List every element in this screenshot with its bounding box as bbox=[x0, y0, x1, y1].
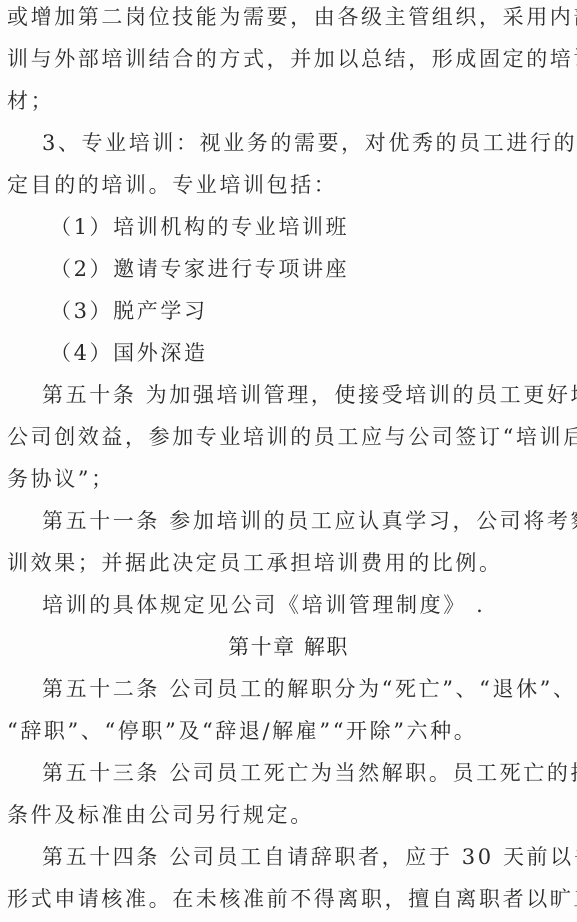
article-52-paragraph: 第五十二条 公司员工的解职分为“死亡”、“退休”、 bbox=[42, 677, 577, 701]
body-line-11: 公司创效益，参加专业培训的员工应与公司签订“培训后服 bbox=[7, 425, 577, 449]
list-item: （4）国外深造 bbox=[50, 341, 208, 365]
training-rules-reference: 培训的具体规定见公司《培训管理制度》 . bbox=[42, 593, 485, 617]
body-line-14: 训效果；并据此决定员工承担培训费用的比例。 bbox=[7, 551, 503, 575]
list-item: （3）脱产学习 bbox=[50, 299, 208, 323]
list-item: （2）邀请专家进行专项讲座 bbox=[50, 257, 349, 281]
article-51-paragraph: 第五十一条 参加培训的员工应认真学习，公司将考察培 bbox=[42, 509, 577, 533]
body-line-20: 条件及标准由公司另行规定。 bbox=[7, 803, 314, 827]
professional-training-paragraph: 3、专业培训：视业务的需要，对优秀的员工进行的特 bbox=[42, 131, 577, 155]
body-line-18: “辞职”、“停职”及“辞退/解雇”“开除”六种。 bbox=[7, 719, 477, 743]
body-line-12: 务协议”； bbox=[7, 467, 115, 491]
chapter-heading: 第十章 解职 bbox=[0, 635, 577, 659]
document-page: 或增加第二岗位技能为需要，由各级主管组织，采用内部培 训与外部培训结合的方式，并… bbox=[0, 0, 577, 922]
article-53-paragraph: 第五十三条 公司员工死亡为当然解职。员工死亡的抚恤 bbox=[42, 761, 577, 785]
body-line-3: 材； bbox=[7, 89, 54, 113]
body-line-5: 定目的的培训。专业培训包括： bbox=[7, 173, 337, 197]
article-54-paragraph: 第五十四条 公司员工自请辞职者，应于 30 天前以书面 bbox=[42, 845, 577, 869]
body-line-22: 形式申请核准。在未核准前不得离职，擅自离职者以旷工论 bbox=[7, 887, 577, 911]
body-line-2: 训与外部培训结合的方式，并加以总结，形成固定的培训教 bbox=[7, 47, 577, 71]
list-item: （1）培训机构的专业培训班 bbox=[50, 215, 349, 239]
article-50-paragraph: 第五十条 为加强培训管理，使接受培训的员工更好地为 bbox=[42, 383, 577, 407]
body-line-1: 或增加第二岗位技能为需要，由各级主管组织，采用内部培 bbox=[7, 5, 577, 29]
